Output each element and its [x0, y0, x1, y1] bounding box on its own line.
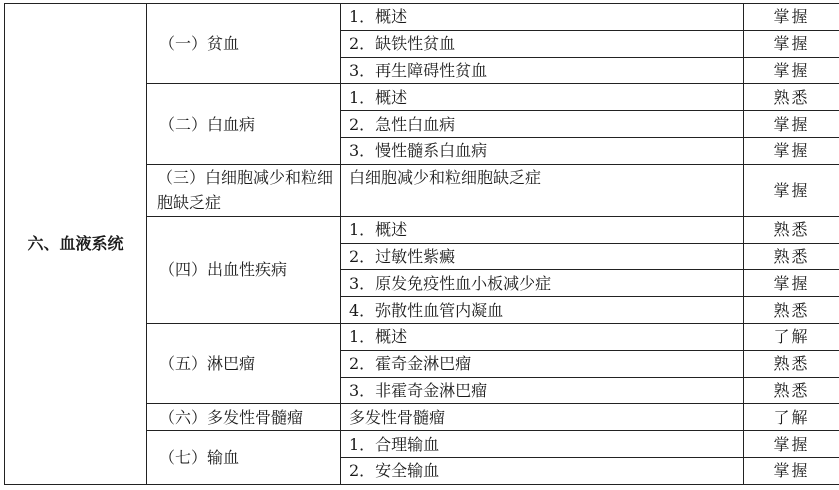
- item-text: 1．合理输血: [341, 431, 744, 458]
- requirement-level: 掌握: [744, 431, 839, 458]
- item-text: 3．原发免疫性血小板减少症: [341, 270, 744, 297]
- item-text: 2．安全输血: [341, 457, 744, 484]
- requirement-level: 熟悉: [744, 350, 839, 377]
- chapter-title: 六、血液系统: [5, 4, 147, 485]
- item-text: 3．再生障碍性贫血: [341, 57, 744, 84]
- item-text: 白细胞减少和粒细胞缺乏症: [341, 164, 744, 216]
- section-title: （三）白细胞减少和粒细胞缺乏症: [147, 164, 341, 216]
- item-text: 2．缺铁性贫血: [341, 30, 744, 57]
- requirement-level: 掌握: [744, 111, 839, 138]
- requirement-level: 掌握: [744, 137, 839, 164]
- item-text: 2．急性白血病: [341, 111, 744, 138]
- item-text: 3．慢性髓系白血病: [341, 137, 744, 164]
- item-text: 1．概述: [341, 84, 744, 111]
- section-title: （六）多发性骨髓瘤: [147, 404, 341, 431]
- requirement-level: 了解: [744, 404, 839, 431]
- item-text: 多发性骨髓瘤: [341, 404, 744, 431]
- item-text: 2．过敏性紫癜: [341, 243, 744, 270]
- section-title: （五）淋巴瘤: [147, 323, 341, 403]
- requirement-level: 了解: [744, 323, 839, 350]
- requirement-level: 熟悉: [744, 297, 839, 324]
- requirement-level: 掌握: [744, 30, 839, 57]
- requirement-level: 熟悉: [744, 243, 839, 270]
- item-text: 4．弥散性血管内凝血: [341, 297, 744, 324]
- requirement-level: 掌握: [744, 457, 839, 484]
- item-text: 1．概述: [341, 4, 744, 31]
- item-text: 2．霍奇金淋巴瘤: [341, 350, 744, 377]
- section-title: （七）输血: [147, 431, 341, 485]
- requirement-level: 掌握: [744, 270, 839, 297]
- section-title: （四）出血性疾病: [147, 216, 341, 323]
- item-text: 1．概述: [341, 323, 744, 350]
- requirement-level: 掌握: [744, 164, 839, 216]
- requirement-level: 熟悉: [744, 216, 839, 243]
- requirement-level: 熟悉: [744, 377, 839, 404]
- item-text: 3．非霍奇金淋巴瘤: [341, 377, 744, 404]
- syllabus-table: 六、血液系统 （一）贫血 1．概述 掌握 2．缺铁性贫血 掌握 3．再生障碍性贫…: [4, 3, 839, 485]
- item-text: 1．概述: [341, 216, 744, 243]
- requirement-level: 掌握: [744, 4, 839, 31]
- requirement-level: 掌握: [744, 57, 839, 84]
- section-title: （二）白血病: [147, 84, 341, 164]
- section-title: （一）贫血: [147, 4, 341, 84]
- requirement-level: 熟悉: [744, 84, 839, 111]
